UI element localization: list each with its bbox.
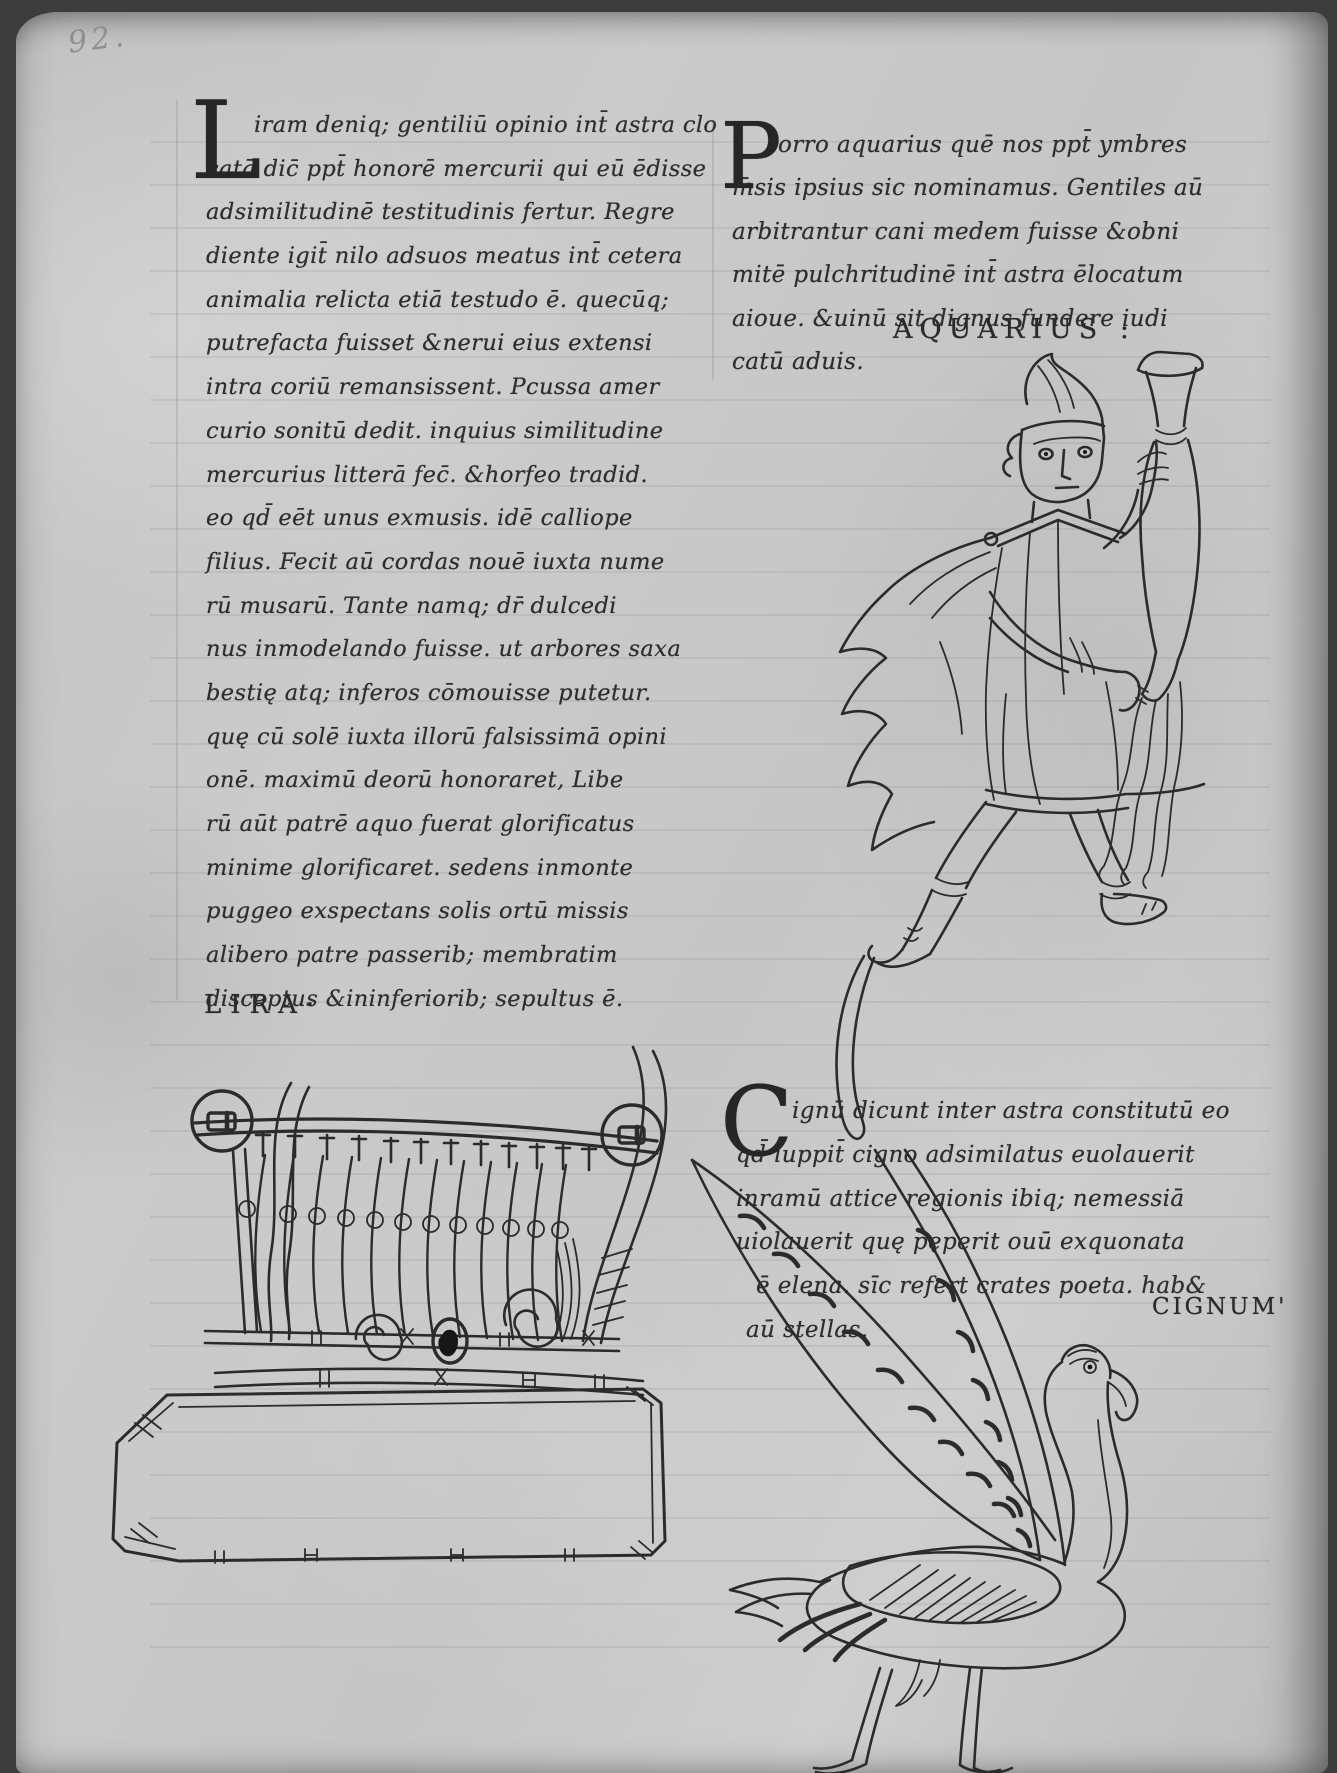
text-line-content: orro aquarius quē nos ppt̄ ymbres (732, 132, 1187, 158)
manuscript-photo: { "page": { "folio_number": "92.", "ink_… (0, 0, 1337, 1773)
text-line: bestię atq; inferos cōmouisse putetur. (206, 672, 698, 716)
initial-L: L (190, 96, 262, 188)
text-line: intra coriū remansissent. Pcussa amer (206, 366, 698, 410)
text-line-content: iram deniq; gentiliū opinio int̄ astra c… (206, 112, 717, 138)
text-line: L iram deniq; gentiliū opinio int̄ astra… (206, 104, 698, 148)
text-line: arbitrantur cani medem fuisse &obni (732, 211, 1272, 254)
text-line: adsimilitudinē testitudinis fertur. Regr… (206, 191, 698, 235)
text-line: catā dic̄ ppt̄ honorē mercurii qui eū ēd… (206, 148, 698, 192)
text-line: nus inmodelando fuisse. ut arbores saxa (206, 628, 698, 672)
text-line: alibero patre passerib; membratim (206, 934, 698, 978)
text-line: diente igit̄ nilo adsuos meatus int̄ cet… (206, 235, 698, 279)
swan-drawing (670, 1120, 1337, 1773)
folio-number: 92. (66, 18, 130, 60)
right-column-rule (712, 120, 714, 380)
text-line: onē. maximū deorū honoraret, Libe (206, 759, 698, 803)
text-line: rū musarū. Tante namq; dr̄ dulcedi (206, 585, 698, 629)
text-line: puggeo exspectans solis ortū missis (206, 890, 698, 934)
lyra-caption: LIRA· (204, 990, 323, 1020)
text-line: putrefacta fuisset &nerui eius extensi (206, 322, 698, 366)
text-line: P orro aquarius quē nos ppt̄ ymbres (732, 124, 1272, 167)
aquarius-caption: AQUARIUS : (893, 314, 1136, 345)
text-line: animalia relicta etiā testudo ē. quecūq; (206, 279, 698, 323)
text-line: quę cū solē iuxta illorū falsissimā opin… (206, 716, 698, 760)
lyre-drawing (95, 1043, 695, 1573)
text-line: mercurius litterā fec̄. &horfeo tradid. (206, 454, 698, 498)
text-line: rū aūt patrē aquo fuerat glorificatus (206, 803, 698, 847)
text-line: eo qd̄ eēt unus exmusis. idē calliope (206, 497, 698, 541)
initial-P: P (720, 118, 782, 196)
text-line: m̄sis ipsius sic nominamus. Gentiles aū (732, 167, 1272, 210)
left-margin-rule (176, 100, 178, 1000)
text-line: curio sonitū dedit. inquius similitudine (206, 410, 698, 454)
text-line: minime glorificaret. sedens inmonte (206, 847, 698, 891)
aquarius-drawing (690, 342, 1210, 922)
text-line: mitē pulchritudinē int̄ astra ēlocatum (732, 254, 1272, 297)
lyra-text-block: L iram deniq; gentiliū opinio int̄ astra… (206, 104, 698, 1021)
text-line: filius. Fecit aū cordas nouē iuxta nume (206, 541, 698, 585)
